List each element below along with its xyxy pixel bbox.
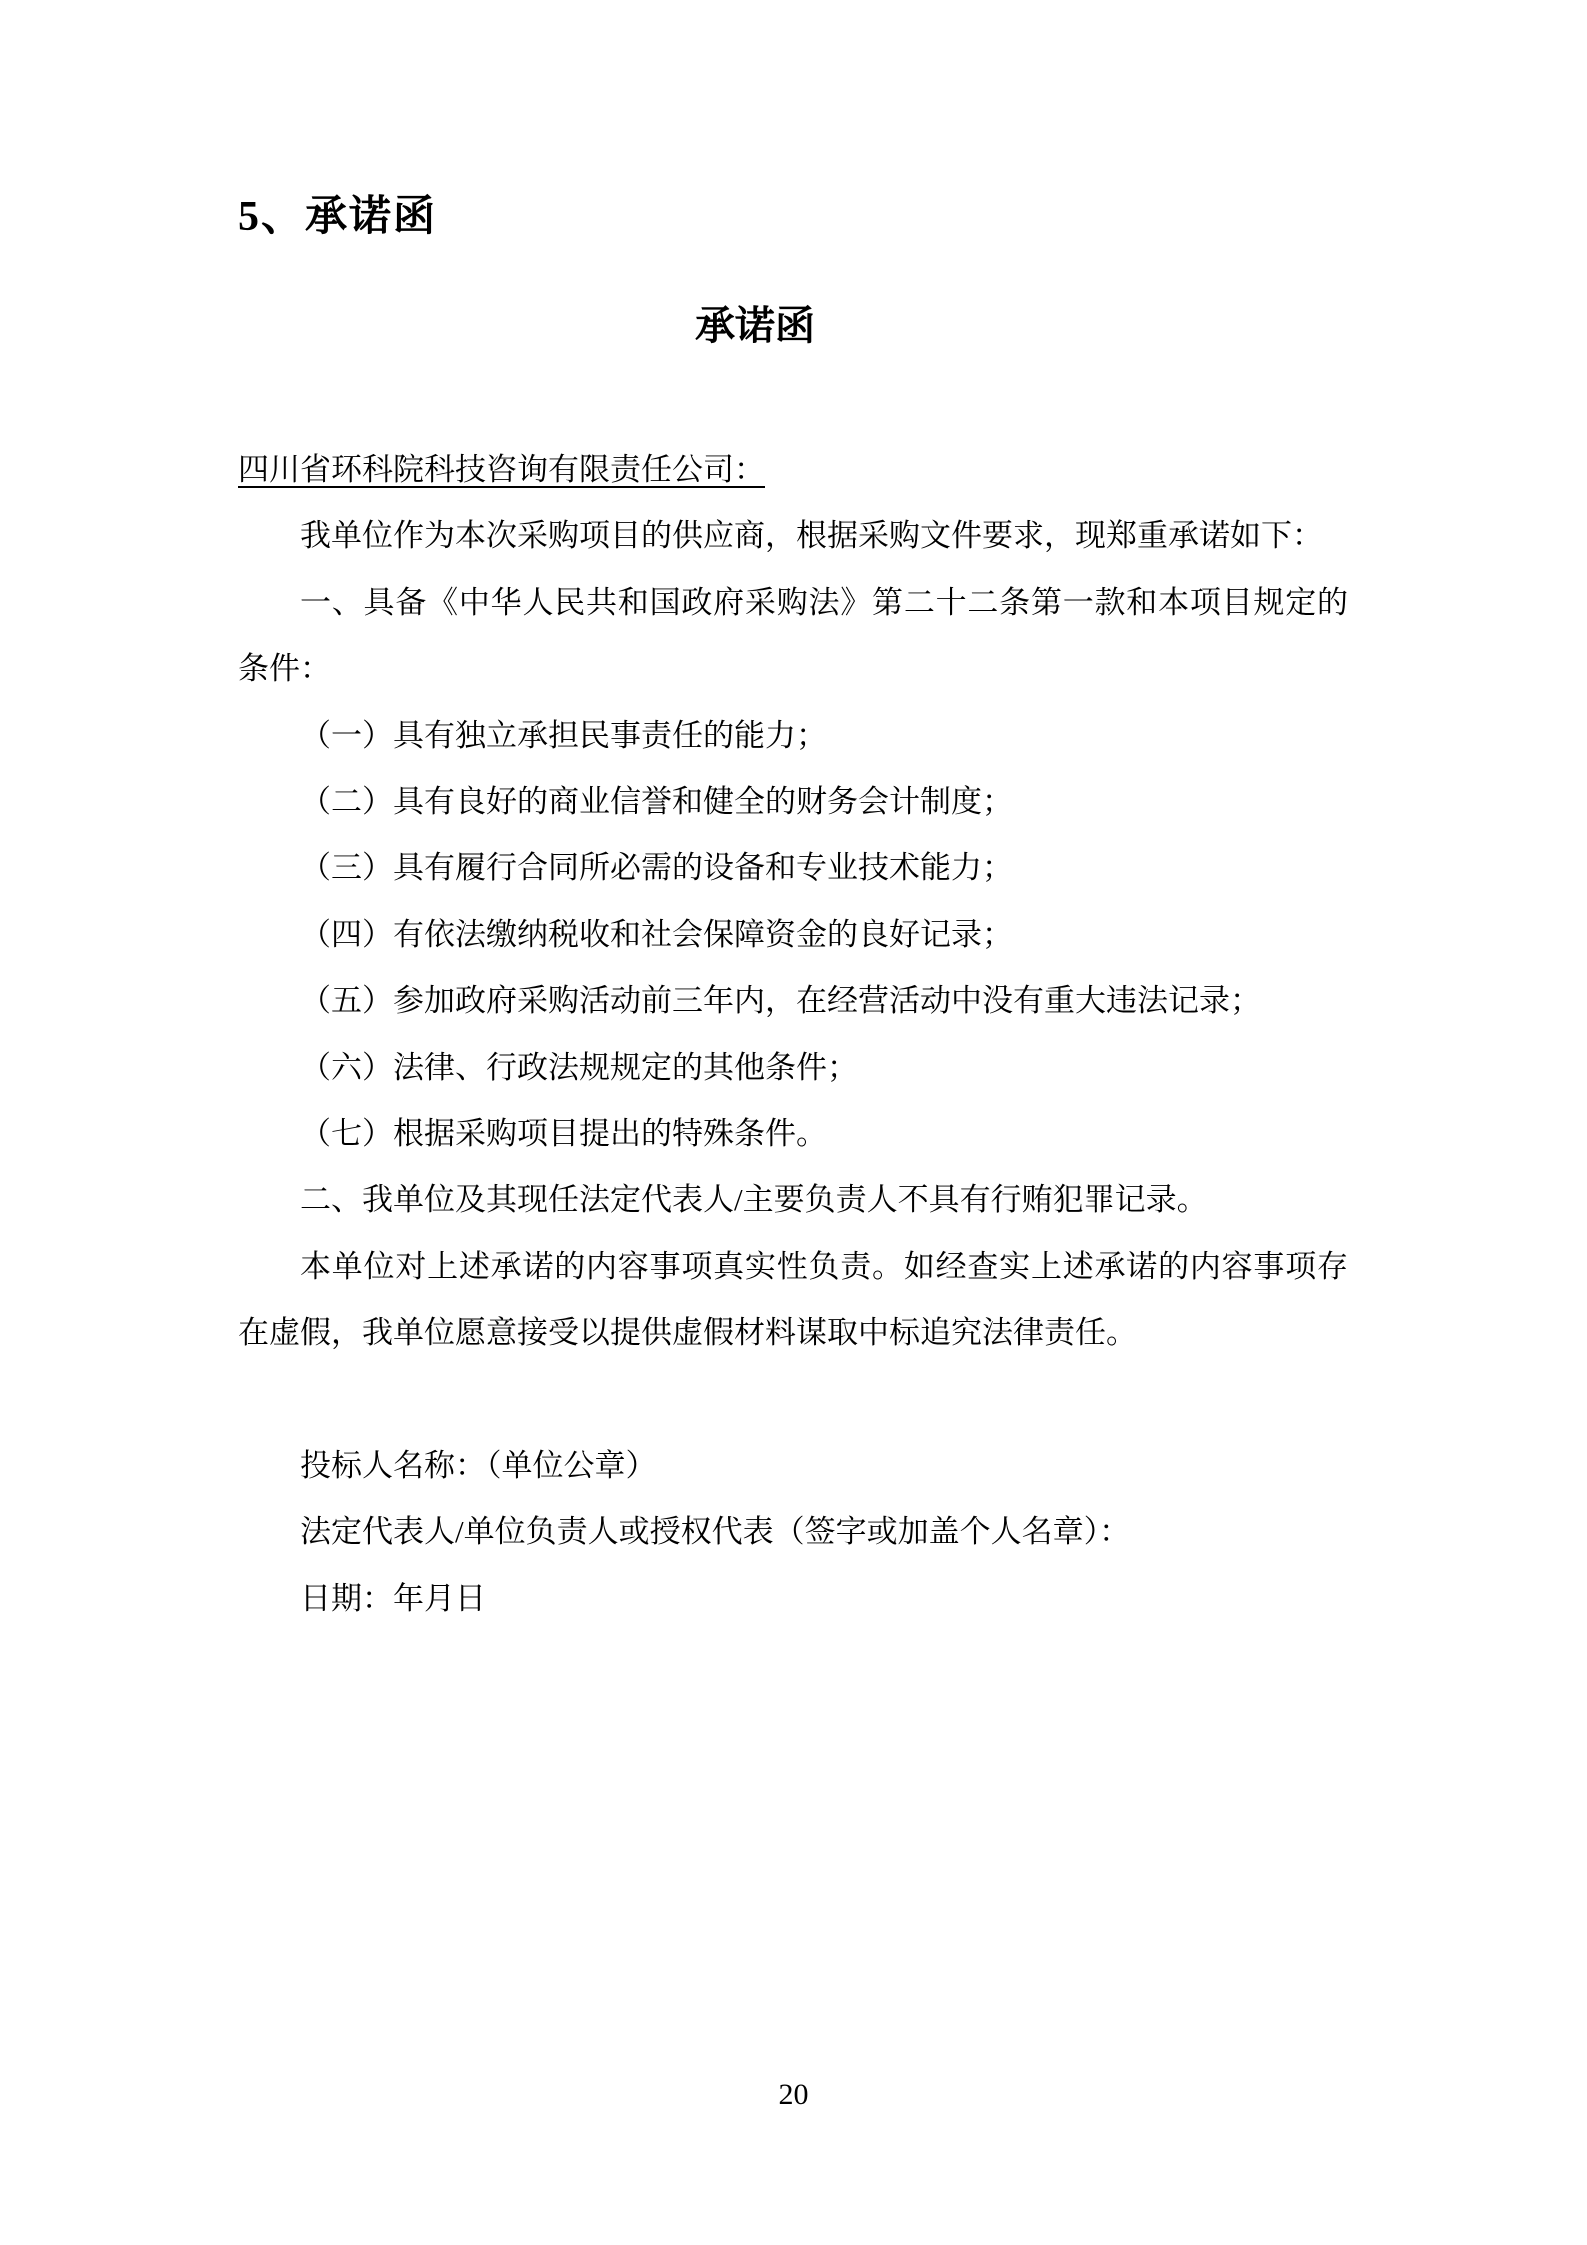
blank-line <box>238 1367 1348 1433</box>
representative-line: 法定代表人/单位负责人或授权代表（签字或加盖个人名章）： <box>238 1499 1348 1565</box>
condition-item-3: （三）具有履行合同所必需的设备和专业技术能力； <box>238 835 1348 901</box>
document-page: 5、承诺函 承诺函 四川省环科院科技咨询有限责任公司： 我单位作为本次采购项目的… <box>0 0 1587 2245</box>
condition-item-2: （二）具有良好的商业信誉和健全的财务会计制度； <box>238 769 1348 835</box>
clause-two-line: 二、我单位及其现任法定代表人/主要负责人不具有行贿犯罪记录。 <box>238 1167 1348 1233</box>
closing-line-1: 本单位对上述承诺的内容事项真实性负责。如经查实上述承诺的内容事项存 <box>238 1234 1348 1300</box>
section-heading: 5、承诺函 <box>238 192 437 242</box>
condition-item-6: （六）法律、行政法规规定的其他条件； <box>238 1035 1348 1101</box>
page-number: 20 <box>0 2078 1587 2112</box>
letter-title: 承诺函 <box>200 294 1310 351</box>
condition-item-1: （一）具有独立承担民事责任的能力； <box>238 703 1348 769</box>
clause-one-line-1: 一、具备《中华人民共和国政府采购法》第二十二条第一款和本项目规定的 <box>238 570 1348 636</box>
intro-line: 我单位作为本次采购项目的供应商，根据采购文件要求，现郑重承诺如下： <box>238 503 1348 569</box>
condition-item-5: （五）参加政府采购活动前三年内，在经营活动中没有重大违法记录； <box>238 968 1348 1034</box>
condition-item-4: （四）有依法缴纳税收和社会保障资金的良好记录； <box>238 902 1348 968</box>
closing-line-2: 在虚假，我单位愿意接受以提供虚假材料谋取中标追究法律责任。 <box>238 1300 1348 1366</box>
clause-one-line-2: 条件： <box>238 636 1348 702</box>
letter-body: 四川省环科院科技咨询有限责任公司： 我单位作为本次采购项目的供应商，根据采购文件… <box>238 437 1348 1632</box>
bidder-name-line: 投标人名称：（单位公章） <box>238 1433 1348 1499</box>
date-line: 日期：年月日 <box>238 1566 1348 1632</box>
salutation-line: 四川省环科院科技咨询有限责任公司： <box>238 437 1348 503</box>
condition-item-7: （七）根据采购项目提出的特殊条件。 <box>238 1101 1348 1167</box>
